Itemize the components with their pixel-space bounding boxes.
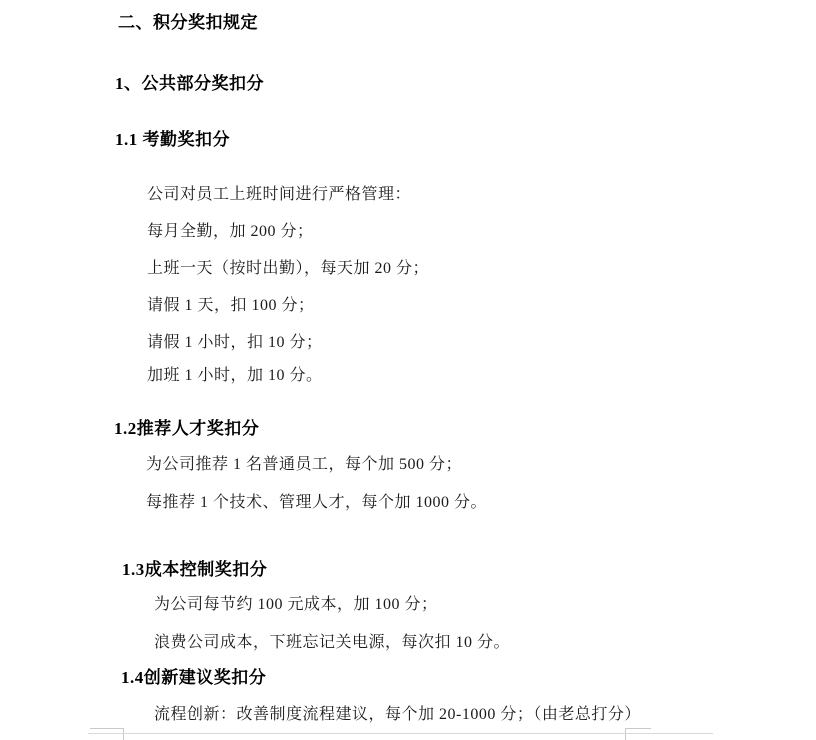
text-boundary-mark-bottom-left-horizontal (90, 728, 124, 729)
text-boundary-mark-bottom-left-vertical (123, 728, 124, 740)
doc-line: 请假 1 小时，扣 10 分； (147, 334, 816, 352)
doc-line: 浪费公司成本，下班忘记关电源，每次扣 10 分。 (154, 634, 816, 652)
section-heading-attendance: 1.1 考勤奖扣分 (115, 131, 816, 149)
doc-title: 二、积分奖扣规定 (118, 14, 816, 32)
page-bottom-margin-line (88, 733, 713, 734)
doc-line: 公司对员工上班时间进行严格管理： (147, 186, 816, 204)
doc-line: 上班一天（按时出勤），每天加 20 分； (147, 260, 816, 278)
doc-line: 为公司每节约 100 元成本，加 100 分； (154, 596, 816, 614)
doc-line: 请假 1 天，扣 100 分； (147, 297, 816, 315)
document-page: 二、积分奖扣规定 1、公共部分奖扣分 1.1 考勤奖扣分 公司对员工上班时间进行… (0, 0, 816, 740)
doc-subtitle: 1、公共部分奖扣分 (115, 75, 816, 93)
text-boundary-mark-bottom-right-vertical (625, 728, 626, 740)
text-boundary-mark-bottom-right-horizontal (625, 728, 651, 729)
doc-line: 流程创新：改善制度流程建议，每个加 20-1000 分；（由老总打分） (154, 706, 816, 724)
doc-line: 每推荐 1 个技术、管理人才，每个加 1000 分。 (146, 494, 816, 512)
section-heading-cost-control: 1.3成本控制奖扣分 (122, 561, 816, 579)
section-heading-innovation: 1.4创新建议奖扣分 (121, 669, 816, 687)
doc-line: 每月全勤，加 200 分； (147, 223, 816, 241)
doc-line: 为公司推荐 1 名普通员工，每个加 500 分； (146, 456, 816, 474)
section-heading-referral: 1.2推荐人才奖扣分 (114, 420, 816, 438)
doc-line: 加班 1 小时，加 10 分。 (147, 367, 816, 385)
